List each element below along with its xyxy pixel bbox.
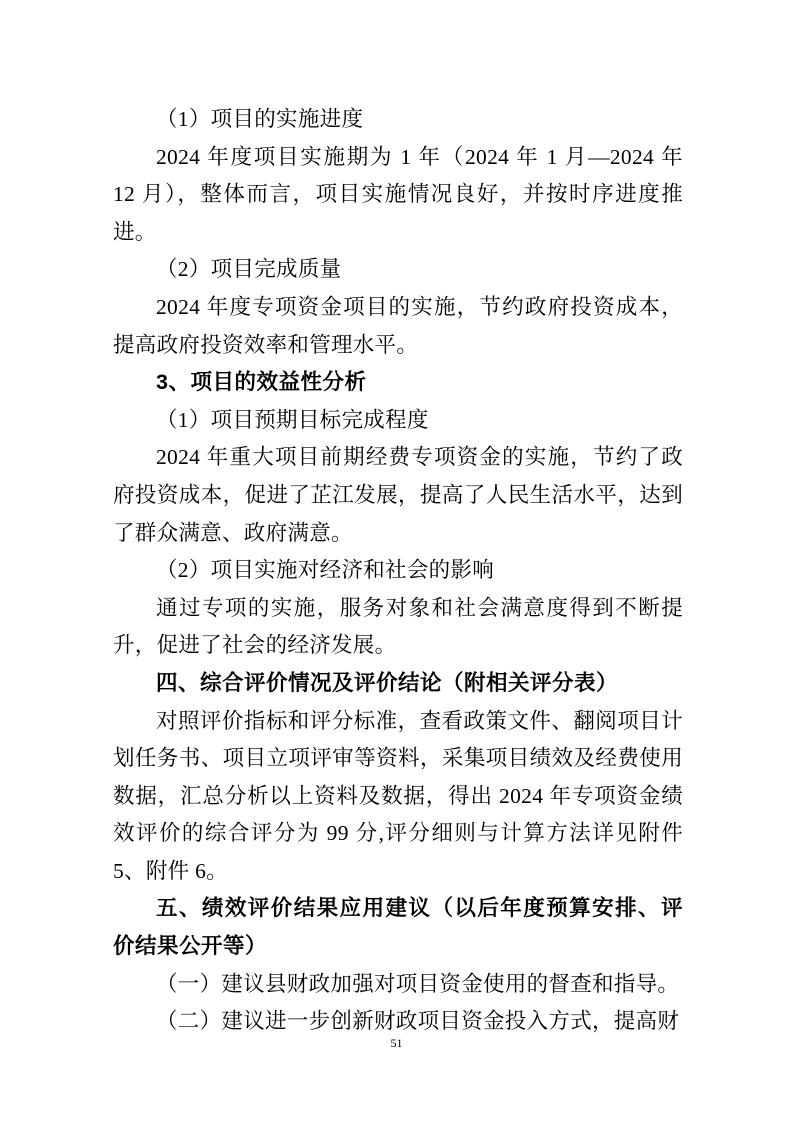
section-heading-5-result-application-suggestions: 五、绩效评价结果应用建议（以后年度预算安排、评价结果公开等） — [113, 890, 683, 965]
document-body: （1）项目的实施进度 2024 年度项目实施期为 1 年（2024 年 1 月—… — [113, 101, 683, 1041]
subheading-2-completion-quality: （2）项目完成质量 — [113, 251, 683, 289]
paragraph-suggestion-1: （一）建议县财政加强对项目资金使用的督查和指导。 — [113, 966, 683, 1004]
paragraph-completion-quality: 2024 年度专项资金项目的实施，节约政府投资成本，提高政府投资效率和管理水平。 — [113, 289, 683, 364]
paragraph-evaluation-score: 对照评价指标和评分标准，查看政策文件、翻阅项目计划任务书、项目立项评审等资料，采… — [113, 703, 683, 891]
subheading-1-expected-goal-completion: （1）项目预期目标完成程度 — [113, 402, 683, 440]
paragraph-economic-social-impact: 通过专项的实施，服务对象和社会满意度得到不断提升，促进了社会的经济发展。 — [113, 590, 683, 665]
page-number: 51 — [0, 1036, 793, 1051]
document-page: （1）项目的实施进度 2024 年度项目实施期为 1 年（2024 年 1 月—… — [0, 0, 793, 1122]
section-heading-3-benefit-analysis: 3、项目的效益性分析 — [113, 364, 683, 402]
subheading-2-economic-social-impact: （2）项目实施对经济和社会的影响 — [113, 552, 683, 590]
subheading-1-implementation-progress: （1）项目的实施进度 — [113, 101, 683, 139]
paragraph-expected-goal-completion: 2024 年重大项目前期经费专项资金的实施，节约了政府投资成本，促进了芷江发展，… — [113, 439, 683, 552]
paragraph-implementation-period: 2024 年度项目实施期为 1 年（2024 年 1 月—2024 年 12 月… — [113, 139, 683, 252]
section-heading-4-comprehensive-evaluation: 四、综合评价情况及评价结论（附相关评分表） — [113, 665, 683, 703]
